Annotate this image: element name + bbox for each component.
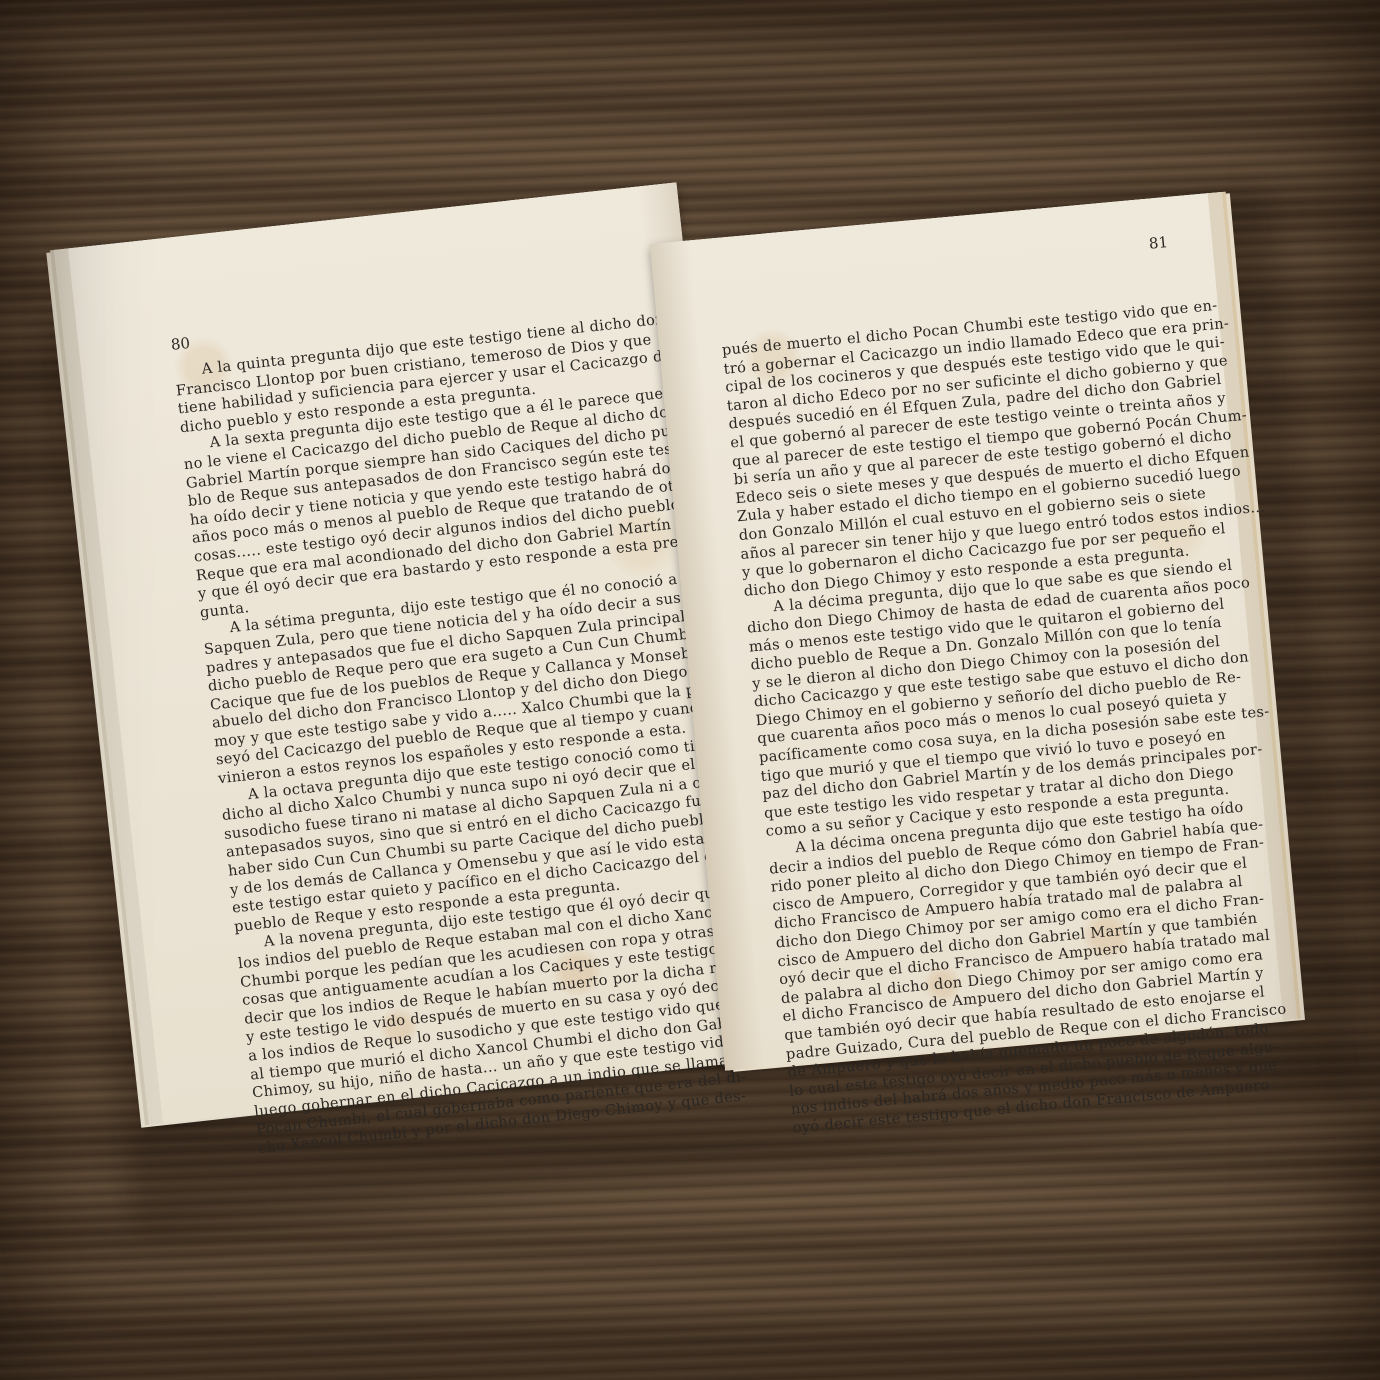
right-page: 81 pués de muerto el dicho Pocan Chumbi … [650,192,1297,1071]
page-number: 80 [170,334,191,354]
page-text: A la quinta pregunta dijo que este testi… [173,313,725,1158]
page-number: 81 [1148,233,1169,253]
page-text: pués de muerto el dicho Pocan Chumbi est… [721,301,1248,1139]
